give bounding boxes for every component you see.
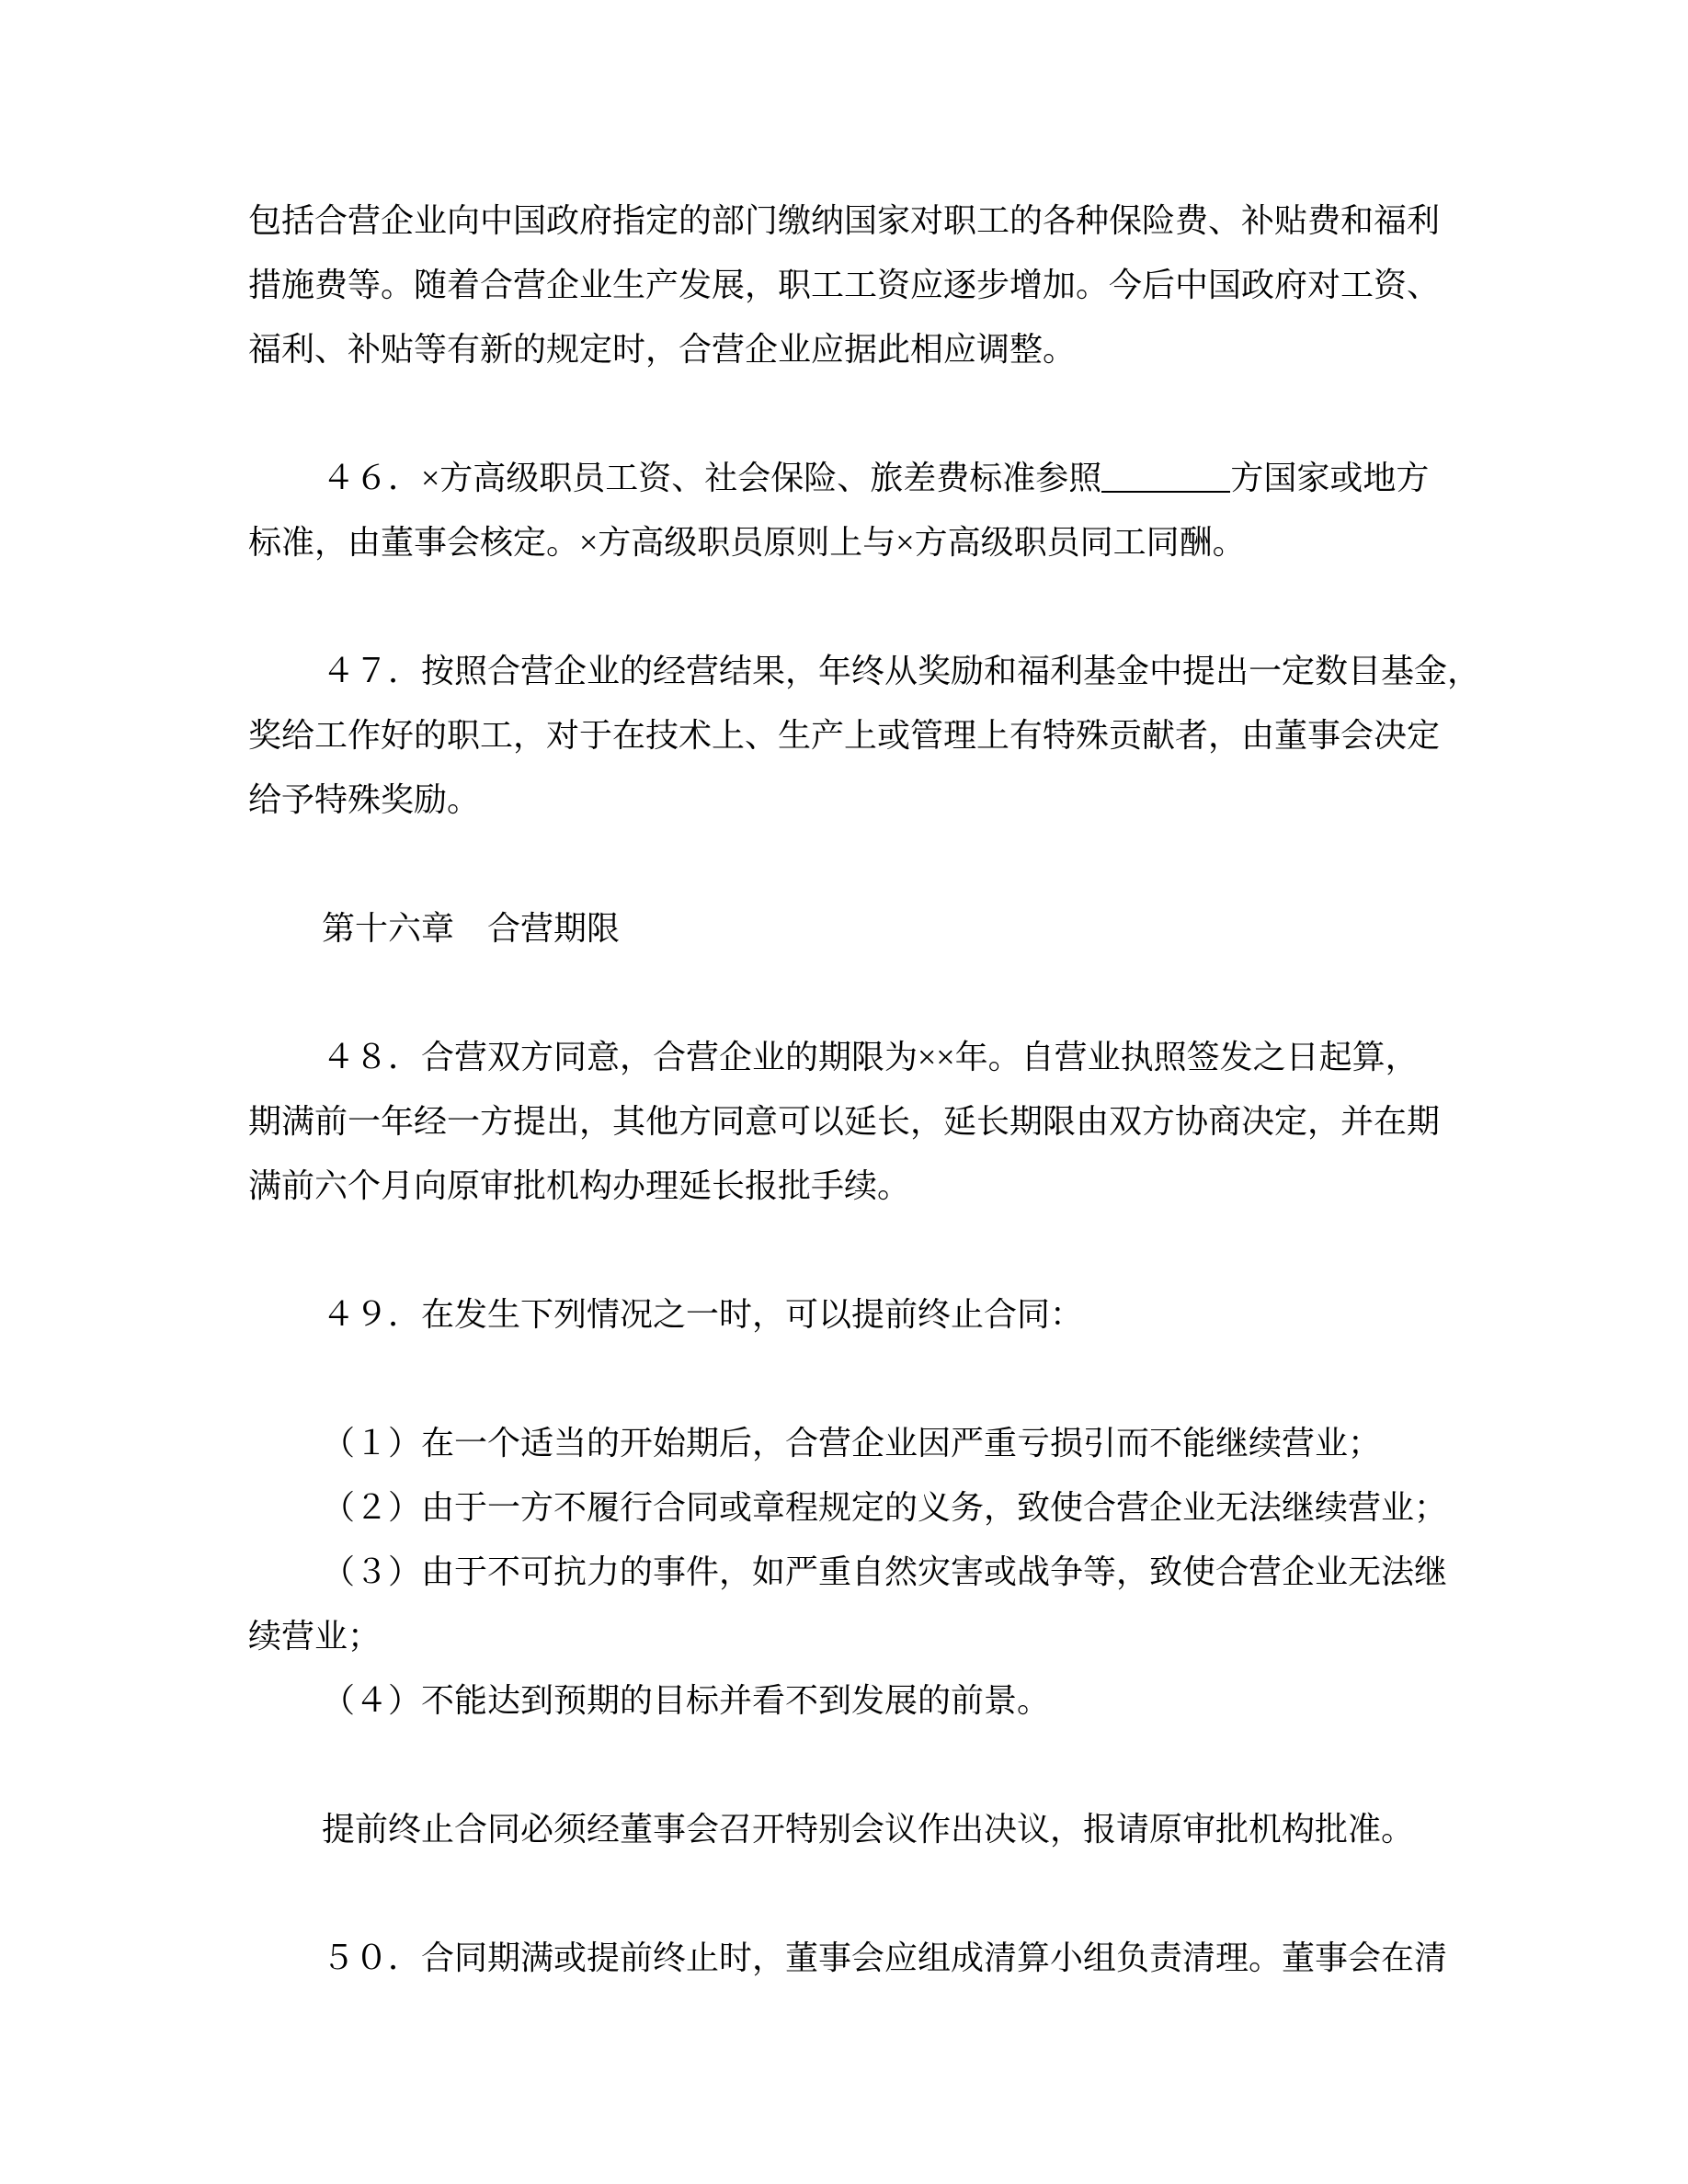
paragraph-46-text-after-blank: 方国家或地方 bbox=[1230, 460, 1429, 496]
paragraph-46-text-before-blank: ４６．×方高级职员工资、社会保险、旅差费标准参照 bbox=[322, 460, 1101, 496]
paragraph-45-continuation: 包括合营企业向中国政府指定的部门缴纳国家对职工的各种保险费、补贴费和福利 措施费… bbox=[248, 188, 1443, 381]
paragraph-48-line-3: 满前六个月向原审批机构办理延长报批手续。 bbox=[248, 1154, 1443, 1218]
termination-conditions-list: （１）在一个适当的开始期后，合营企业因严重亏损引而不能继续营业； （２）由于一方… bbox=[248, 1411, 1443, 1733]
paragraph-48-line-1: ４８．合营双方同意，合营企业的期限为××年。自营业执照签发之日起算， bbox=[248, 1025, 1443, 1089]
paragraph-46-line-2: 标准，由董事会核定。×方高级职员原则上与×方高级职员同工同酬。 bbox=[248, 510, 1443, 574]
paragraph-50: ５０．合同期满或提前终止时，董事会应组成清算小组负责清理。董事会在清 bbox=[248, 1926, 1443, 1990]
chapter-16-heading-text: 第十六章 合营期限 bbox=[248, 896, 1443, 961]
paragraph-49-line-1: ４９．在发生下列情况之一时，可以提前终止合同： bbox=[248, 1282, 1443, 1347]
document-page: 包括合营企业向中国政府指定的部门缴纳国家对职工的各种保险费、补贴费和福利 措施费… bbox=[0, 0, 1688, 2184]
paragraph-47-line-2: 奖给工作好的职工，对于在技术上、生产上或管理上有特殊贡献者，由董事会决定 bbox=[248, 703, 1443, 768]
early-termination-note-line-1: 提前终止合同必须经董事会召开特别会议作出决议，报请原审批机构批准。 bbox=[248, 1797, 1443, 1861]
paragraph-47-line-1: ４７．按照合营企业的经营结果，年终从奖励和福利基金中提出一定数目基金， bbox=[248, 639, 1443, 703]
termination-item-2: （２）由于一方不履行合同或章程规定的义务，致使合营企业无法继续营业； bbox=[248, 1475, 1443, 1540]
early-termination-note: 提前终止合同必须经董事会召开特别会议作出决议，报请原审批机构批准。 bbox=[248, 1797, 1443, 1861]
termination-item-4: （４）不能达到预期的目标并看不到发展的前景。 bbox=[248, 1668, 1443, 1733]
paragraph-46-line-1: ４６．×方高级职员工资、社会保险、旅差费标准参照方国家或地方 bbox=[248, 446, 1443, 510]
paragraph-50-line-1: ５０．合同期满或提前终止时，董事会应组成清算小组负责清理。董事会在清 bbox=[248, 1926, 1443, 1990]
paragraph-45-line-2: 措施费等。随着合营企业生产发展，职工工资应逐步增加。今后中国政府对工资、 bbox=[248, 253, 1443, 317]
paragraph-45-line-1: 包括合营企业向中国政府指定的部门缴纳国家对职工的各种保险费、补贴费和福利 bbox=[248, 188, 1443, 253]
termination-item-3-line-1: （３）由于不可抗力的事件，如严重自然灾害或战争等，致使合营企业无法继 bbox=[248, 1540, 1443, 1604]
contract-body-text: 包括合营企业向中国政府指定的部门缴纳国家对职工的各种保险费、补贴费和福利 措施费… bbox=[248, 0, 1443, 1990]
paragraph-46: ４６．×方高级职员工资、社会保险、旅差费标准参照方国家或地方 标准，由董事会核定… bbox=[248, 446, 1443, 574]
paragraph-47: ４７．按照合营企业的经营结果，年终从奖励和福利基金中提出一定数目基金， 奖给工作… bbox=[248, 639, 1443, 832]
paragraph-45-line-3: 福利、补贴等有新的规定时，合营企业应据此相应调整。 bbox=[248, 317, 1443, 381]
termination-item-1: （１）在一个适当的开始期后，合营企业因严重亏损引而不能继续营业； bbox=[248, 1411, 1443, 1475]
paragraph-47-line-3: 给予特殊奖励。 bbox=[248, 768, 1443, 832]
paragraph-48: ４８．合营双方同意，合营企业的期限为××年。自营业执照签发之日起算， 期满前一年… bbox=[248, 1025, 1443, 1218]
chapter-16-heading: 第十六章 合营期限 bbox=[248, 896, 1443, 961]
paragraph-48-line-2: 期满前一年经一方提出，其他方同意可以延长，延长期限由双方协商决定，并在期 bbox=[248, 1089, 1443, 1154]
paragraph-49: ４９．在发生下列情况之一时，可以提前终止合同： bbox=[248, 1282, 1443, 1347]
fill-in-blank-underline bbox=[1101, 463, 1230, 493]
termination-item-3-line-2: 续营业； bbox=[248, 1604, 1443, 1668]
